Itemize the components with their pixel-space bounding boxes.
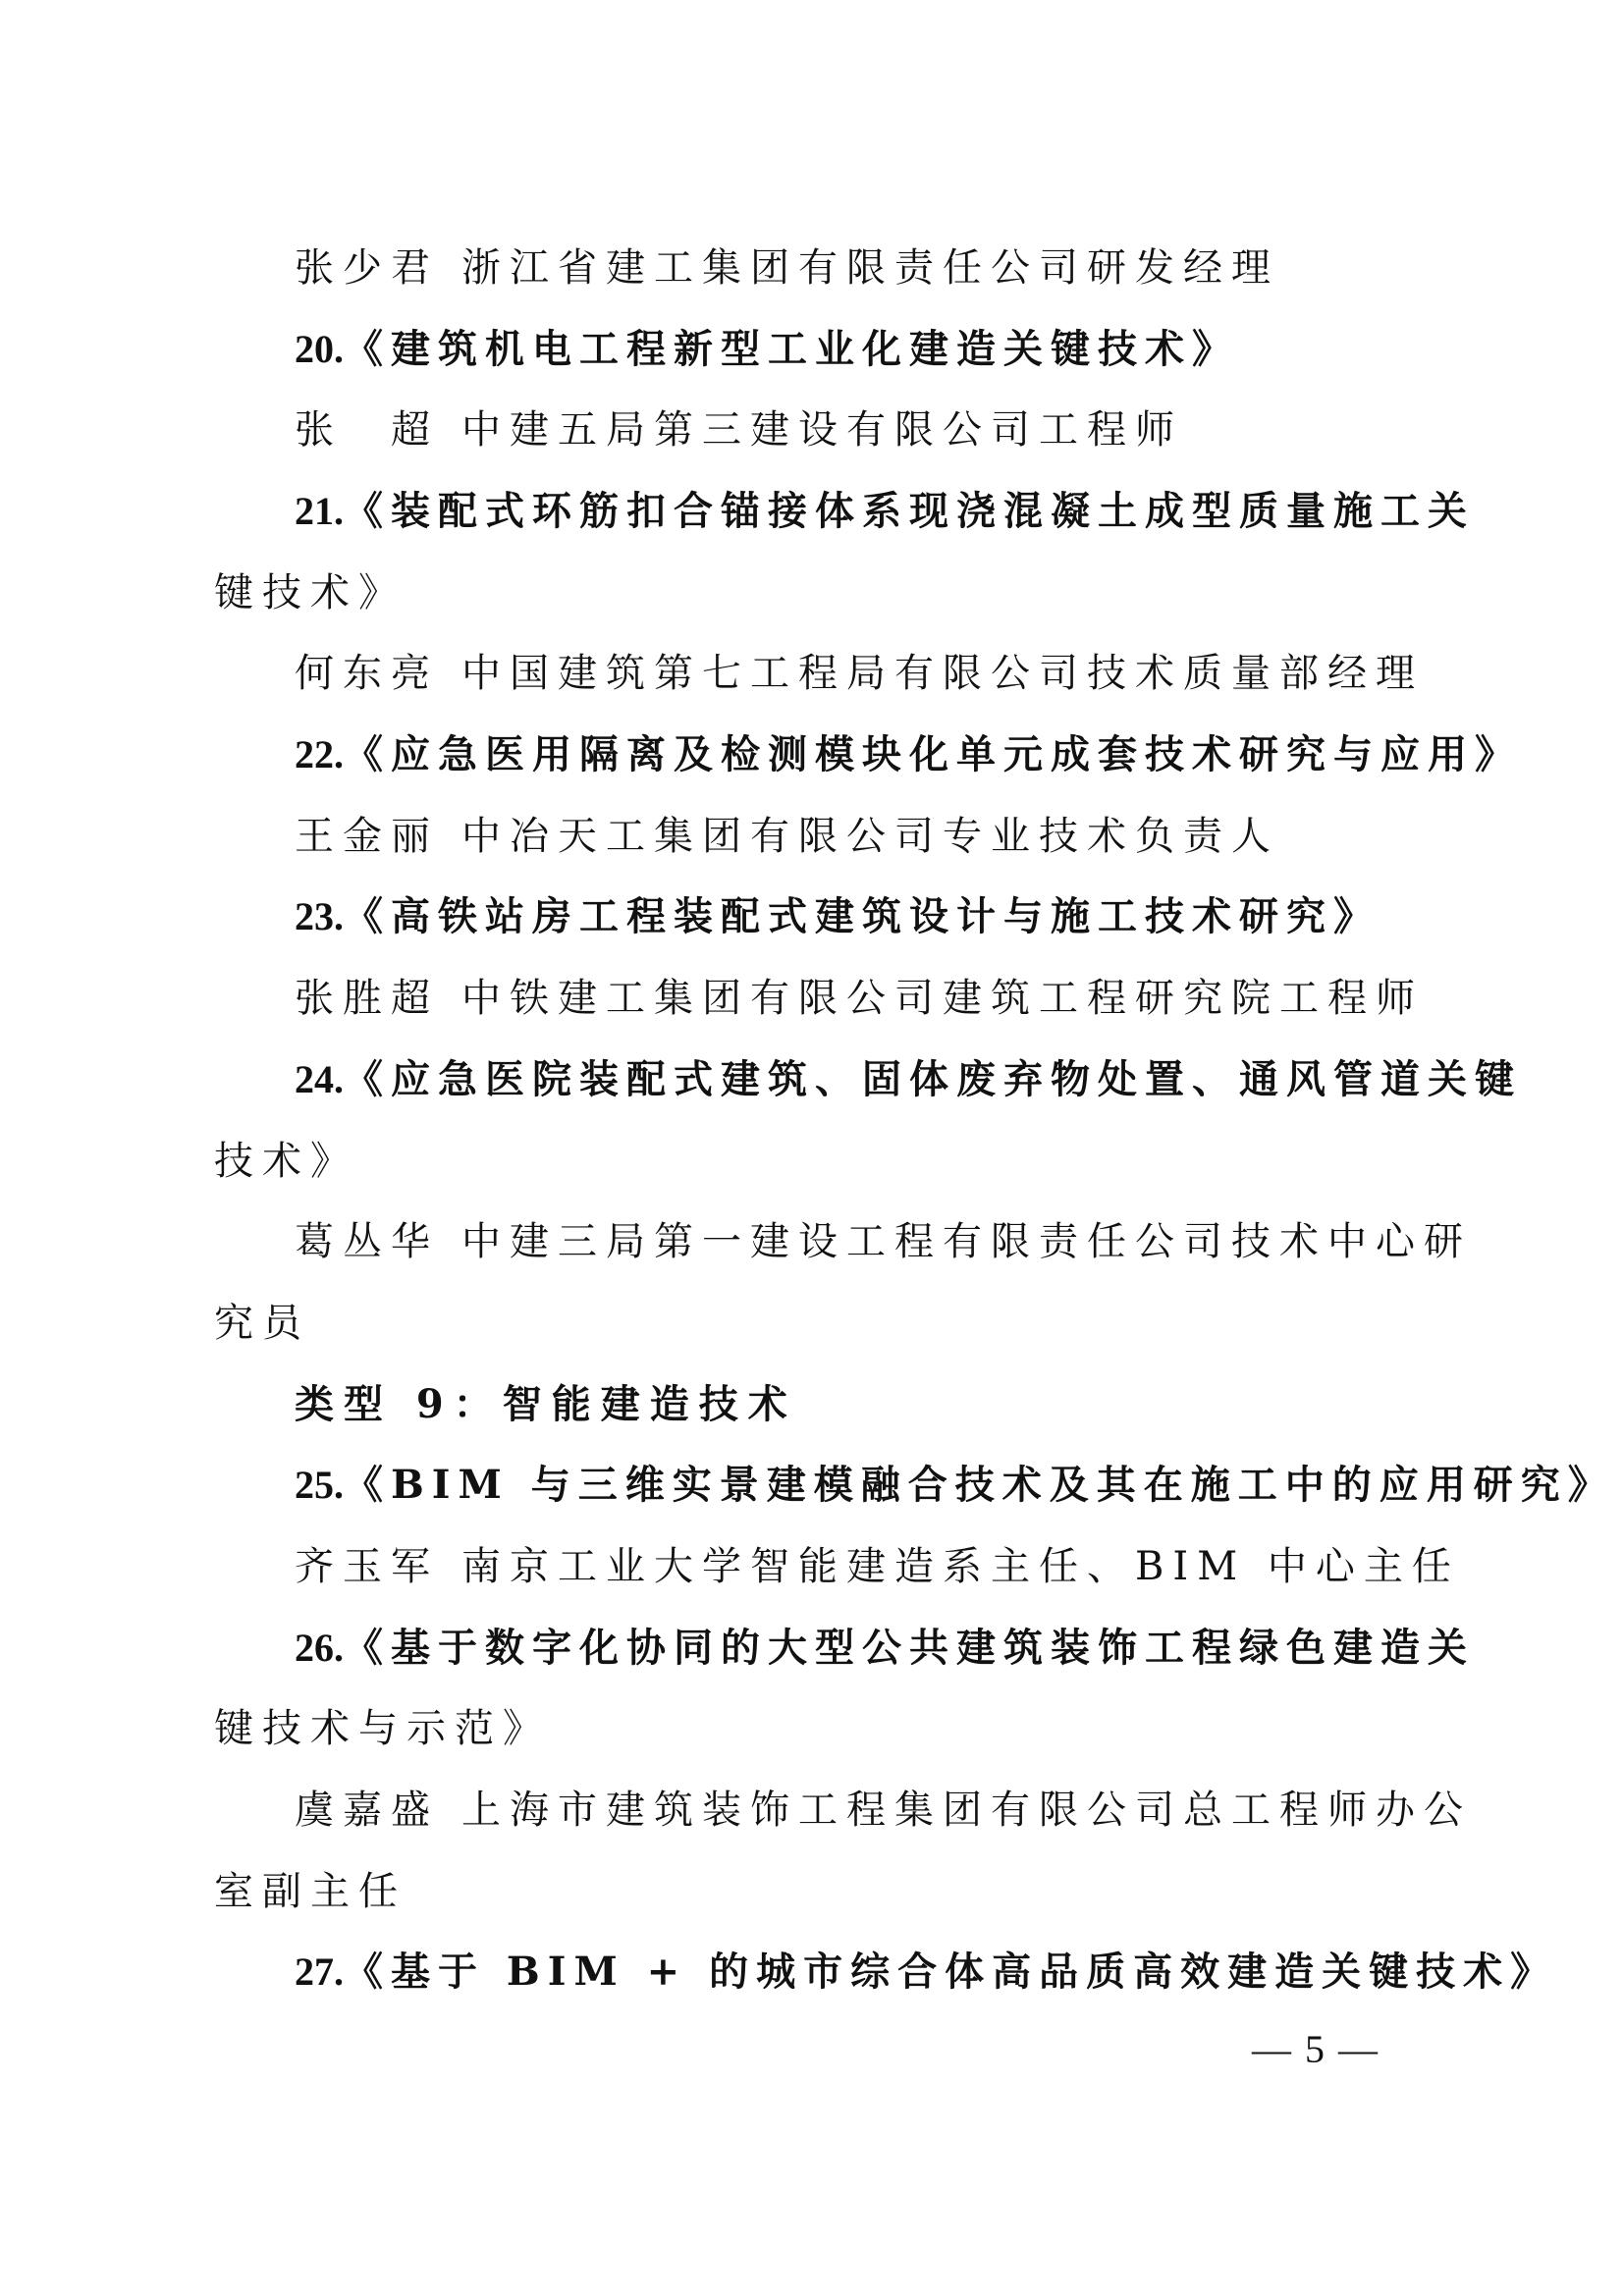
person-name: 何东亮 <box>295 648 461 699</box>
project-title: 《应急医用隔离及检测模块化单元成套技术研究与应用》 <box>344 731 1522 777</box>
category-heading: 类型 9：智能建造技术 <box>295 1379 797 1430</box>
person-line: 张少君浙江省建工集团有限责任公司研发经理 <box>295 242 1279 294</box>
project-title: 《基于数字化协同的大型公共建筑装饰工程绿色建造关 <box>344 1625 1475 1671</box>
project-number: 23. <box>295 894 344 938</box>
person-affiliation: 浙江省建工集团有限责任公司研发经理 <box>461 245 1279 291</box>
project-title-line: 22.《应急医用隔离及检测模块化单元成套技术研究与应用》 <box>295 729 1522 780</box>
project-title-continuation: 键技术与示范》 <box>214 1703 551 1754</box>
project-title-line: 23.《高铁站房工程装配式建筑设计与施工技术研究》 <box>295 891 1380 942</box>
project-title: 《建筑机电工程新型工业化建造关键技术》 <box>344 326 1239 372</box>
project-number: 20. <box>295 327 344 371</box>
person-affiliation: 中冶天工集团有限公司专业技术负责人 <box>461 814 1279 859</box>
person-affiliation-continuation: 究员 <box>214 1298 310 1349</box>
person-line: 张胜超中铁建工集团有限公司建筑工程研究院工程师 <box>295 973 1424 1024</box>
person-name: 张少君 <box>295 242 461 294</box>
person-affiliation: 上海市建筑装饰工程集团有限公司总工程师办公 <box>461 1788 1472 1833</box>
project-title-line: 20.《建筑机电工程新型工业化建造关键技术》 <box>295 324 1239 375</box>
project-title-line: 26.《基于数字化协同的大型公共建筑装饰工程绿色建造关 <box>295 1623 1475 1674</box>
person-name: 张 超 <box>295 404 461 455</box>
person-affiliation: 中建五局第三建设有限公司工程师 <box>461 407 1183 453</box>
project-number: 25. <box>295 1463 344 1507</box>
project-number: 22. <box>295 732 344 776</box>
person-affiliation-continuation: 室副主任 <box>214 1866 406 1917</box>
project-title: 《应急医院装配式建筑、固体废弃物处置、通风管道关键 <box>344 1056 1522 1102</box>
project-number: 26. <box>295 1626 344 1670</box>
project-title: 《BIM 与三维实景建模融合技术及其在施工中的应用研究》 <box>344 1462 1615 1508</box>
person-line: 王金丽中冶天工集团有限公司专业技术负责人 <box>295 811 1279 862</box>
project-number: 27. <box>295 1949 344 1994</box>
project-number: 24. <box>295 1057 344 1101</box>
project-title-line: 27.《基于 BIM + 的城市综合体高品质高效建造关键技术》 <box>295 1947 1557 1998</box>
person-affiliation: 中铁建工集团有限公司建筑工程研究院工程师 <box>461 976 1424 1021</box>
project-title: 《装配式环筋扣合锚接体系现浇混凝土成型质量施工关 <box>344 488 1475 534</box>
project-title: 《基于 BIM + 的城市综合体高品质高效建造关键技术》 <box>344 1949 1557 1995</box>
project-title-line: 21.《装配式环筋扣合锚接体系现浇混凝土成型质量施工关 <box>295 486 1475 537</box>
document-page: 张少君浙江省建工集团有限责任公司研发经理 20.《建筑机电工程新型工业化建造关键… <box>0 0 1623 2296</box>
person-line: 葛丛华中建三局第一建设工程有限责任公司技术中心研 <box>295 1216 1472 1267</box>
person-name: 王金丽 <box>295 811 461 862</box>
project-title-line: 24.《应急医院装配式建筑、固体废弃物处置、通风管道关键 <box>295 1054 1522 1105</box>
person-line: 虞嘉盛上海市建筑装饰工程集团有限公司总工程师办公 <box>295 1785 1472 1836</box>
project-title: 《高铁站房工程装配式建筑设计与施工技术研究》 <box>344 893 1380 939</box>
project-title-line: 25.《BIM 与三维实景建模融合技术及其在施工中的应用研究》 <box>295 1460 1615 1511</box>
person-line: 何东亮中国建筑第七工程局有限公司技术质量部经理 <box>295 648 1424 699</box>
person-name: 张胜超 <box>295 973 461 1024</box>
person-name: 葛丛华 <box>295 1216 461 1267</box>
person-affiliation: 南京工业大学智能建造系主任、BIM 中心主任 <box>461 1544 1460 1589</box>
project-number: 21. <box>295 489 344 533</box>
person-line: 张 超中建五局第三建设有限公司工程师 <box>295 404 1183 455</box>
person-affiliation: 中国建筑第七工程局有限公司技术质量部经理 <box>461 651 1424 696</box>
person-name: 齐玉军 <box>295 1541 461 1592</box>
person-affiliation: 中建三局第一建设工程有限责任公司技术中心研 <box>461 1219 1472 1264</box>
page-number: — 5 — <box>1252 2024 1380 2075</box>
person-line: 齐玉军南京工业大学智能建造系主任、BIM 中心主任 <box>295 1541 1460 1592</box>
person-name: 虞嘉盛 <box>295 1785 461 1836</box>
project-title-continuation: 技术》 <box>214 1136 358 1187</box>
project-title-continuation: 键技术》 <box>214 567 406 618</box>
